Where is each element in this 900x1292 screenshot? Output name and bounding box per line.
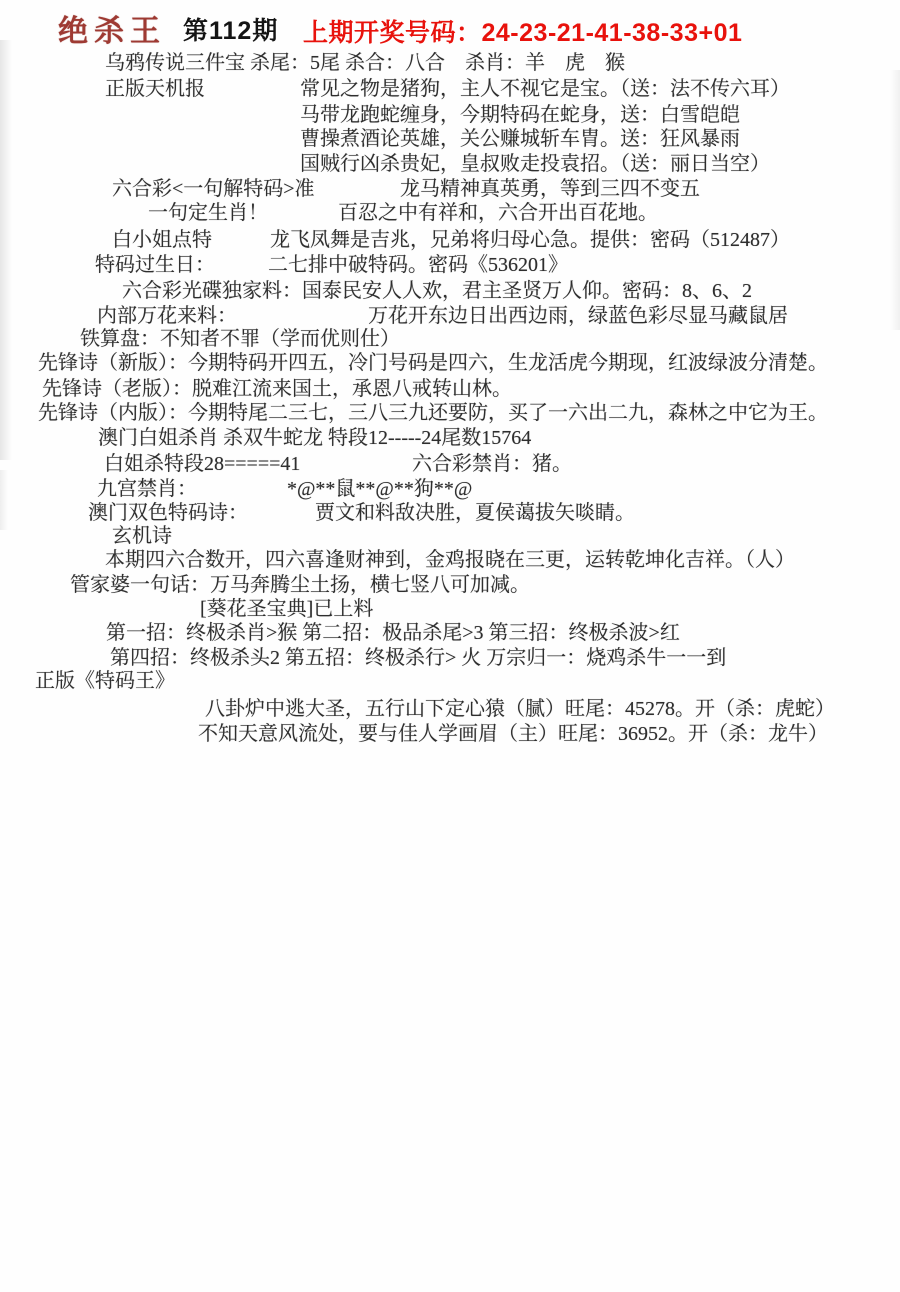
text-segment: 百忍之中有祥和，六合开出百花地。 [338, 196, 658, 225]
text-segment: 一句定生肖！ [148, 196, 268, 225]
document-line: 乌鸦传说三件宝 杀尾：5尾 杀合：八合 杀肖：羊 虎 猴 [0, 46, 900, 70]
document-line: 本期四六合数开，四六喜逢财神到，金鸡报晓在三更，运转乾坤化吉祥。（人） [0, 543, 900, 567]
document-line: 正版天机报常见之物是猪狗，主人不视它是宝。（送：法不传六耳） [0, 72, 900, 96]
document-line: 先锋诗（新版）：今期特码开四五，冷门号码是四六，生龙活虎今期现，红波绿波分清楚。 [0, 346, 900, 370]
text-segment: 常见之物是猪狗，主人不视它是宝。（送：法不传六耳） [300, 72, 790, 101]
document-line: 六合彩<一句解特码>准龙马精神真英勇，等到三四不变五 [0, 172, 900, 196]
brand-title: 绝杀王 [58, 6, 166, 50]
document-line: 马带龙跑蛇缠身，今期特码在蛇身，送：白雪皑皑 [0, 98, 900, 122]
document-line: 特码过生日：二七排中破特码。密码《536201》 [0, 248, 900, 272]
last-draw-numbers: 上期开奖号码：24-23-21-41-38-33+01 [303, 13, 742, 49]
text-segment: 澳门白姐杀肖 杀双牛蛇龙 特段12-----24尾数15764 [98, 421, 531, 450]
text-segment: 先锋诗（新版）：今期特码开四五，冷门号码是四六，生龙活虎今期现，红波绿波分清楚。 [38, 346, 828, 375]
document-line: 白小姐点特龙飞凤舞是吉兆，兄弟将归母心急。提供：密码（512487） [0, 223, 900, 247]
document-line: 国贼行凶杀贵妃，皇叔败走投袁招。（送：丽日当空） [0, 147, 900, 171]
scanned-lottery-sheet: 绝杀王 第112期 上期开奖号码：24-23-21-41-38-33+01 乌鸦… [0, 0, 900, 1292]
text-segment: 乌鸦传说三件宝 杀尾：5尾 杀合：八合 杀肖：羊 虎 猴 [105, 46, 625, 75]
document-line: 内部万花来料：万花开东边日出西边雨，绿蓝色彩尽显马藏鼠居 [0, 299, 900, 323]
page-header: 绝杀王 第112期 上期开奖号码：24-23-21-41-38-33+01 [0, 0, 900, 44]
document-line: 正版《特码王》 [0, 664, 900, 688]
document-line: 管家婆一句话：万马奔腾尘土扬，横七竖八可加减。 [0, 568, 900, 592]
document-line: [葵花圣宝典]已上料 [0, 592, 900, 616]
document-line: 澳门白姐杀肖 杀双牛蛇龙 特段12-----24尾数15764 [0, 421, 900, 445]
document-line: 九宫禁肖：*@**鼠**@**狗**@ [0, 472, 900, 496]
document-line: 八卦炉中逃大圣，五行山下定心猿（腻）旺尾：45278。开（杀：虎蛇） [0, 692, 900, 716]
text-segment: 不知天意风流处，要与佳人学画眉（主）旺尾：36952。开（杀：龙牛） [198, 717, 828, 746]
text-segment: 正版《特码王》 [35, 664, 175, 693]
document-line: 曹操煮酒论英雄，关公赚城斩车胄。送：狂风暴雨 [0, 122, 900, 146]
document-line: 六合彩光碟独家料：国泰民安人人欢，君主圣贤万人仰。密码：8、6、2 [0, 274, 900, 298]
document-line: 先锋诗（老版）：脱难江流来国土，承恩八戒转山林。 [0, 372, 900, 396]
document-line: 先锋诗（内版）：今期特尾二三七，三八三九还要防，买了一六出二九，森林之中它为王。 [0, 396, 900, 420]
document-line: 不知天意风流处，要与佳人学画眉（主）旺尾：36952。开（杀：龙牛） [0, 717, 900, 741]
document-line: 铁算盘：不知者不罪（学而优则仕） [0, 322, 900, 346]
document-line: 玄机诗 [0, 519, 900, 543]
document-line: 第一招：终极杀肖>猴 第二招：极品杀尾>3 第三招：终极杀波>红 [0, 616, 900, 640]
text-segment: 特码过生日： [95, 248, 215, 277]
document-line: 白姐杀特段28=====41六合彩禁肖：猪。 [0, 447, 900, 471]
text-segment: 二七排中破特码。密码《536201》 [268, 248, 568, 277]
text-segment: 正版天机报 [105, 72, 205, 101]
document-line: 澳门双色特码诗：贾文和料敌决胜，夏侯蔼拔矢啖睛。 [0, 496, 900, 520]
issue-number: 第112期 [183, 11, 278, 47]
document-line: 一句定生肖！百忍之中有祥和，六合开出百花地。 [0, 196, 900, 220]
document-line: 第四招：终极杀头2 第五招：终极杀行> 火 万宗归一：烧鸡杀牛一一到 [0, 641, 900, 665]
